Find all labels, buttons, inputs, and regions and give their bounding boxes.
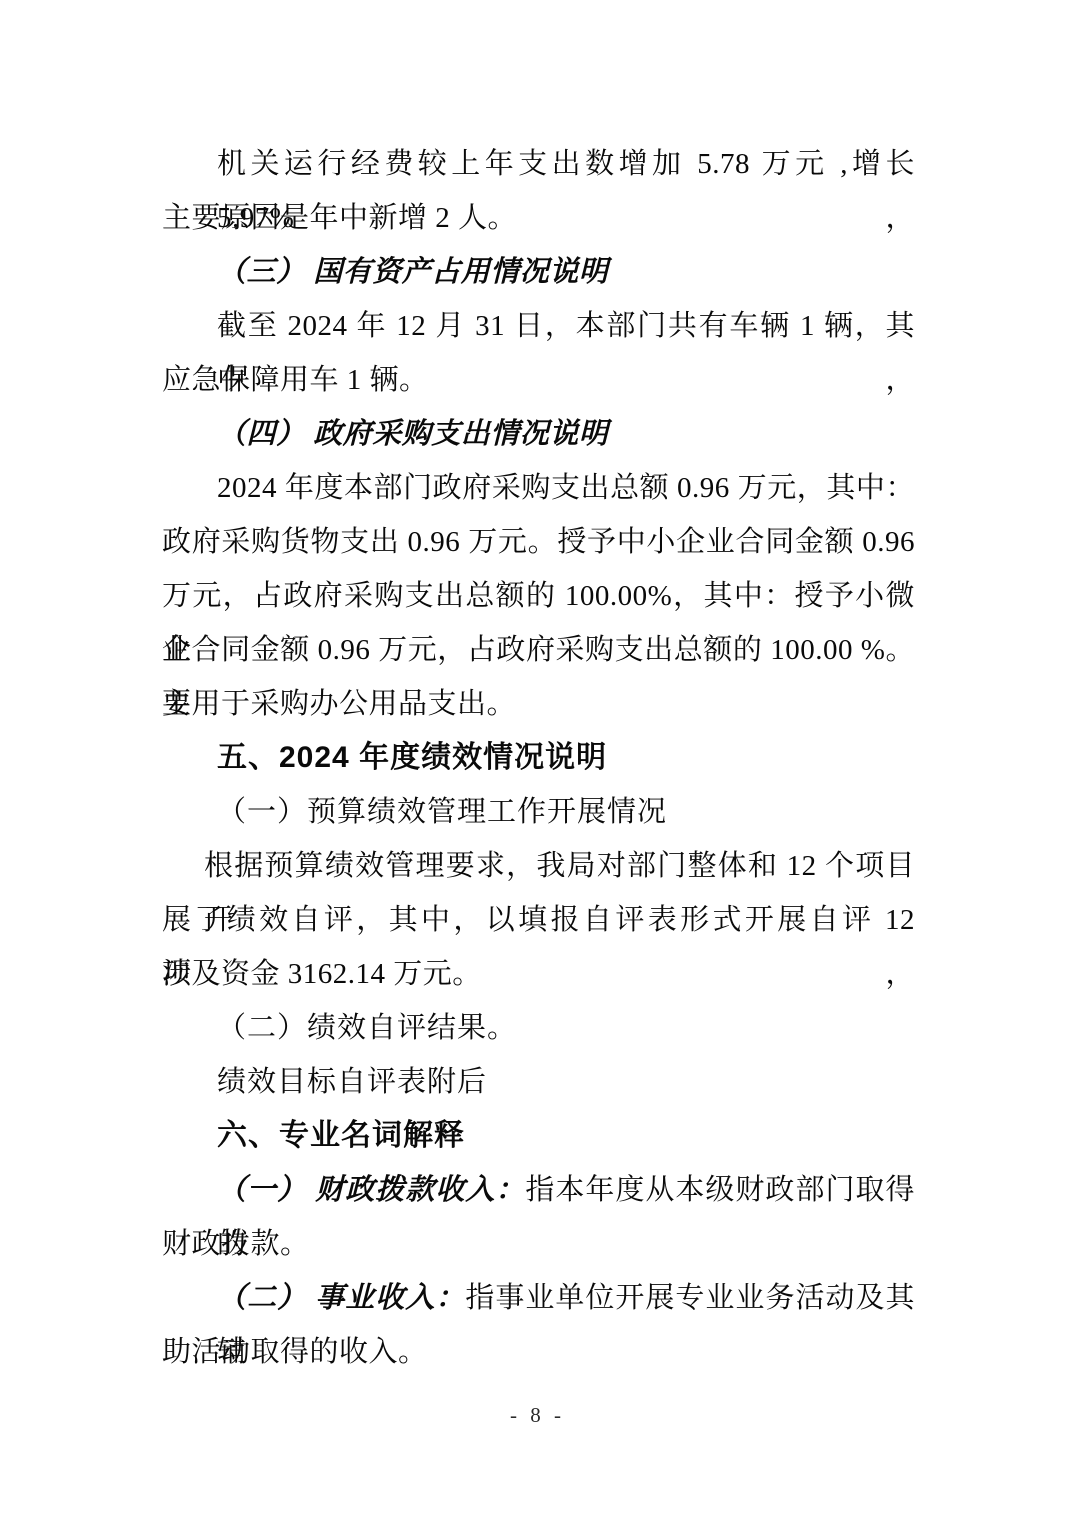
section-heading-6: 六、专业名词解释 xyxy=(162,1109,915,1163)
paragraph-line: 2024 年度本部门政府采购支出总额 0.96 万元，其中： xyxy=(162,461,915,515)
paragraph-line: 根据预算绩效管理要求，我局对部门整体和 12 个项目开 xyxy=(162,839,915,893)
paragraph-line: 截至 2024 年 12 月 31 日，本部门共有车辆 1 辆，其中， xyxy=(162,299,915,353)
document-body: 机关运行经费较上年支出数增加 5.78 万元 ,增长 5.97%， 主要原因是年… xyxy=(162,0,915,1379)
paragraph-line: 政府采购货物支出 0.96 万元。授予中小企业合同金额 0.96 xyxy=(162,515,915,569)
subsection-heading-2: （二）绩效自评结果。 xyxy=(162,1001,915,1055)
paragraph-line: 财政拨款。 xyxy=(162,1217,915,1271)
paragraph-line: 绩效目标自评表附后 xyxy=(162,1055,915,1109)
section-heading-5: 五、2024 年度绩效情况说明 xyxy=(162,731,915,785)
paragraph-line: 机关运行经费较上年支出数增加 5.78 万元 ,增长 5.97%， xyxy=(162,137,915,191)
term-definition-line: （二） 事业收入：指事业单位开展专业业务活动及其辅 xyxy=(162,1271,915,1325)
paragraph-line: 展了绩效自评，其中，以填报自评表形式开展自评 12 项， xyxy=(162,893,915,947)
subsection-heading-1: （一）预算绩效管理工作开展情况 xyxy=(162,785,915,839)
paragraph-line: 业合同金额 0.96 万元，占政府采购支出总额的 100.00 %。主 xyxy=(162,623,915,677)
term-label: （一） 财政拨款收入： xyxy=(217,1174,525,1206)
term-label: （二） 事业收入： xyxy=(217,1282,465,1314)
paragraph-line: 要用于采购办公用品支出。 xyxy=(162,677,915,731)
document-page: 机关运行经费较上年支出数增加 5.78 万元 ,增长 5.97%， 主要原因是年… xyxy=(0,0,1075,1520)
paragraph-line: 万元，占政府采购支出总额的 100.00%，其中：授予小微企 xyxy=(162,569,915,623)
section-heading-3: （三） 国有资产占用情况说明 xyxy=(162,245,915,299)
section-heading-4: （四） 政府采购支出情况说明 xyxy=(162,407,915,461)
paragraph-line: 助活动取得的收入。 xyxy=(162,1325,915,1379)
page-number: - 8 - xyxy=(0,1398,1075,1432)
term-definition-line: （一） 财政拨款收入：指本年度从本级财政部门取得的 xyxy=(162,1163,915,1217)
